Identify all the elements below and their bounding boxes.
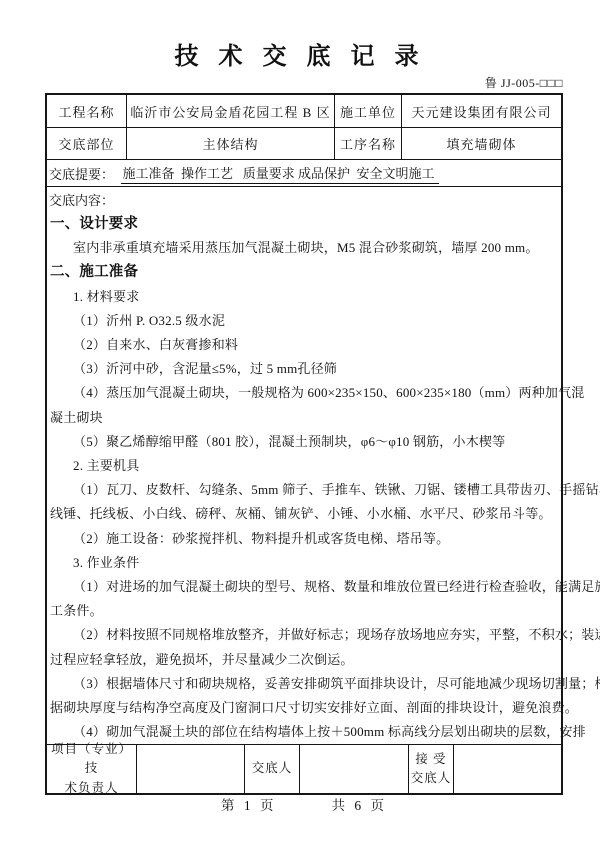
- project-name-label: 工程名称: [47, 95, 127, 127]
- content-line: 过程应轻拿轻放，避免损坏，并尽量减少二次倒运。: [49, 648, 561, 672]
- content-line: 工条件。: [49, 599, 561, 623]
- content-line: 据砌块厚度与结构净空高度及门窗洞口尺寸切实安排好立面、剖面的排块设计，避免浪费。: [49, 696, 561, 720]
- tech-leader-signature-cell: [137, 745, 245, 793]
- receiver-signature-cell: [454, 745, 561, 793]
- content-line: 一、设计要求: [49, 212, 561, 236]
- document-title: 技 术 交 底 记 录: [0, 36, 600, 71]
- construction-unit-value: 天元建设集团有限公司: [402, 95, 561, 127]
- content-row: 交底内容： 一、设计要求室内非承重填充墙采用蒸压加气混凝土砌块，M5 混合砂浆砌…: [47, 187, 561, 745]
- tech-leader-label: 项目（专业）技 术负责人: [47, 745, 137, 793]
- content-label: 交底内容：: [49, 192, 561, 210]
- content-line: （4）蒸压加气混凝土砌块，一般规格为 600×235×150、600×235×1…: [49, 381, 561, 405]
- disclosure-part-label: 交底部位: [47, 128, 127, 159]
- page-footer: 第 1 页 共 6 页: [45, 794, 563, 814]
- project-name-value: 临沂市公安局金盾花园工程 B 区: [127, 95, 335, 127]
- disclosure-table: 工程名称 临沂市公安局金盾花园工程 B 区 施工单位 天元建设集团有限公司 交底…: [45, 93, 563, 795]
- content-line: （2）材料按照不同规格堆放整齐，并做好标志；现场存放场地应夯实，平整，不积水；装…: [49, 623, 561, 647]
- discloser-label: 交底人: [245, 745, 300, 793]
- info-row-2: 交底部位 主体结构 工序名称 填充墙砌体: [47, 128, 561, 160]
- content-line: 二、施工准备: [49, 260, 561, 284]
- content-lines: 一、设计要求室内非承重填充墙采用蒸压加气混凝土砌块，M5 混合砂浆砌筑，墙厚 2…: [49, 212, 561, 744]
- disclosure-part-value: 主体结构: [127, 128, 335, 159]
- content-line: 2. 主要机具: [49, 454, 561, 478]
- receiver-label: 接 受 交底人: [409, 745, 454, 793]
- content-line: （1）沂州 P. O32.5 级水泥: [49, 309, 561, 333]
- signature-row: 项目（专业）技 术负责人 交底人 接 受 交底人: [47, 745, 561, 793]
- content-line: （2）自来水、白灰膏掺和料: [49, 333, 561, 357]
- construction-unit-label: 施工单位: [335, 95, 402, 127]
- summary-label: 交底提要：: [49, 164, 121, 183]
- summary-row: 交底提要： 施工准备 操作工艺 质量要求 成品保护 安全文明施工: [47, 160, 561, 187]
- content-line: （5）聚乙烯醇缩甲醛（801 胶），混凝土预制块，φ6～φ10 钢筋，小木楔等: [49, 430, 561, 454]
- page-number: 第 1 页: [221, 794, 277, 814]
- content-line: （1）对进场的加气混凝土砌块的型号、规格、数量和堆放位置已经进行检查验收，能满足…: [49, 575, 561, 599]
- content-line: （2）施工设备：砂浆搅拌机、物料提升机或客货电梯、塔吊等。: [49, 527, 561, 551]
- form-code: 鲁 JJ-005-□□□: [45, 74, 563, 91]
- content-line: （3）沂河中砂，含泥量≤5%，过 5 mm孔径筛: [49, 357, 561, 381]
- content-line: 线锤、托线板、小白线、磅秤、灰桶、铺灰铲、小锤、小水桶、水平尺、砂浆吊斗等。: [49, 502, 561, 526]
- content-line: （3）根据墙体尺寸和砌块规格，妥善安排砌筑平面排块设计，尽可能地减少现场切割量；…: [49, 672, 561, 696]
- summary-items: 施工准备 操作工艺 质量要求 成品保护 安全文明施工: [121, 163, 439, 184]
- process-name-value: 填充墙砌体: [402, 128, 561, 159]
- content-line: 1. 材料要求: [49, 285, 561, 309]
- content-line: 室内非承重填充墙采用蒸压加气混凝土砌块，M5 混合砂浆砌筑，墙厚 200 mm。: [49, 236, 561, 260]
- content-line: 3. 作业条件: [49, 551, 561, 575]
- content-line: （1）瓦刀、皮数杆、勾缝条、5mm 筛子、手推车、铁锹、刀锯、镂槽工具带齿刃、手…: [49, 478, 561, 502]
- info-row-1: 工程名称 临沂市公安局金盾花园工程 B 区 施工单位 天元建设集团有限公司: [47, 95, 561, 128]
- discloser-signature-cell: [300, 745, 409, 793]
- content-line: 凝土砌块: [49, 406, 561, 430]
- document-page: 技 术 交 底 记 录 鲁 JJ-005-□□□ 工程名称 临沂市公安局金盾花园…: [0, 0, 600, 850]
- total-pages: 共 6 页: [332, 794, 388, 814]
- process-name-label: 工序名称: [335, 128, 402, 159]
